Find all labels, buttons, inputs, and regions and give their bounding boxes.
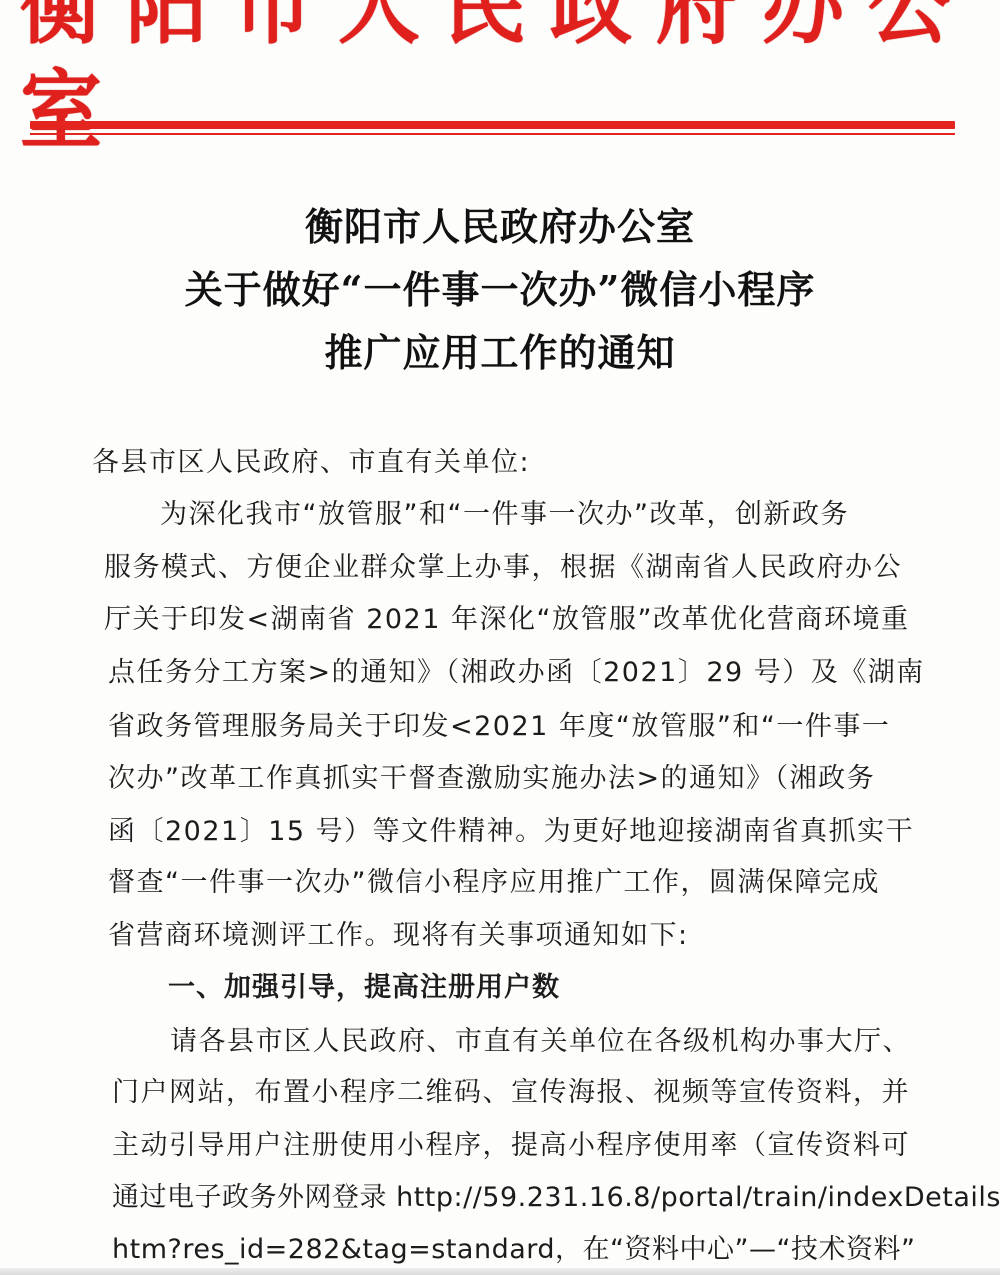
paragraph-line-url: htm?res_id=282&tag=standard，在“资料中心”—“技术资… (112, 1232, 915, 1268)
page-edge (0, 1268, 1000, 1275)
paragraph-line: 请各县市区人民政府、市直有关单位在各级机构办事大厅、 (170, 1024, 911, 1060)
document-title: 衡阳市人民政府办公室 关于做好“一件事一次办”微信小程序 推广应用工作的通知 (0, 195, 1000, 384)
red-rule-thin (30, 133, 955, 135)
paragraph-line: 厅关于印发<湖南省 2021 年深化“放管服”改革优化营商环境重 (104, 602, 909, 638)
paragraph-line: 主动引导用户注册使用小程序，提高小程序使用率（宣传资料可 (112, 1128, 910, 1164)
paragraph-line: 服务模式、方便企业群众掌上办事，根据《湖南省人民政府办公 (104, 550, 902, 586)
salutation: 各县市区人民政府、市直有关单位: (92, 445, 530, 481)
letterhead-org-name: 衡阳市人民政府办公室 (20, 0, 1000, 163)
paragraph-line: 点任务分工方案>的通知》（湘政办函〔2021〕29 号）及《湖南 (108, 655, 925, 691)
title-line-1: 衡阳市人民政府办公室 (0, 195, 1000, 258)
paragraph-line: 督查“一件事一次办”微信小程序应用推广工作，圆满保障完成 (108, 865, 880, 901)
paragraph-line-url: 通过电子政务外网登录 http://59.231.16.8/portal/tra… (112, 1180, 1000, 1216)
letterhead: 衡阳市人民政府办公室 (0, 8, 1000, 108)
paragraph-line: 门户网站，布置小程序二维码、宣传海报、视频等宣传资料，并 (112, 1075, 910, 1111)
red-rule-thick (30, 121, 955, 129)
paragraph-line: 为深化我市“放管服”和“一件事一次办”改革，创新政务 (160, 497, 849, 533)
section-heading-1: 一、加强引导，提高注册用户数 (168, 970, 560, 1006)
title-line-2: 关于做好“一件事一次办”微信小程序 (0, 258, 1000, 321)
paragraph-line: 省政务管理服务局关于印发<2021 年度“放管服”和“一件事一 (108, 709, 890, 745)
title-line-3: 推广应用工作的通知 (0, 321, 1000, 384)
paragraph-line: 次办”改革工作真抓实干督查激励实施办法>的通知》（湘政务 (108, 761, 875, 797)
paragraph-line: 函〔2021〕15 号）等文件精神。为更好地迎接湖南省真抓实干 (108, 814, 914, 850)
paragraph-line: 省营商环境测评工作。现将有关事项通知如下: (108, 918, 689, 954)
